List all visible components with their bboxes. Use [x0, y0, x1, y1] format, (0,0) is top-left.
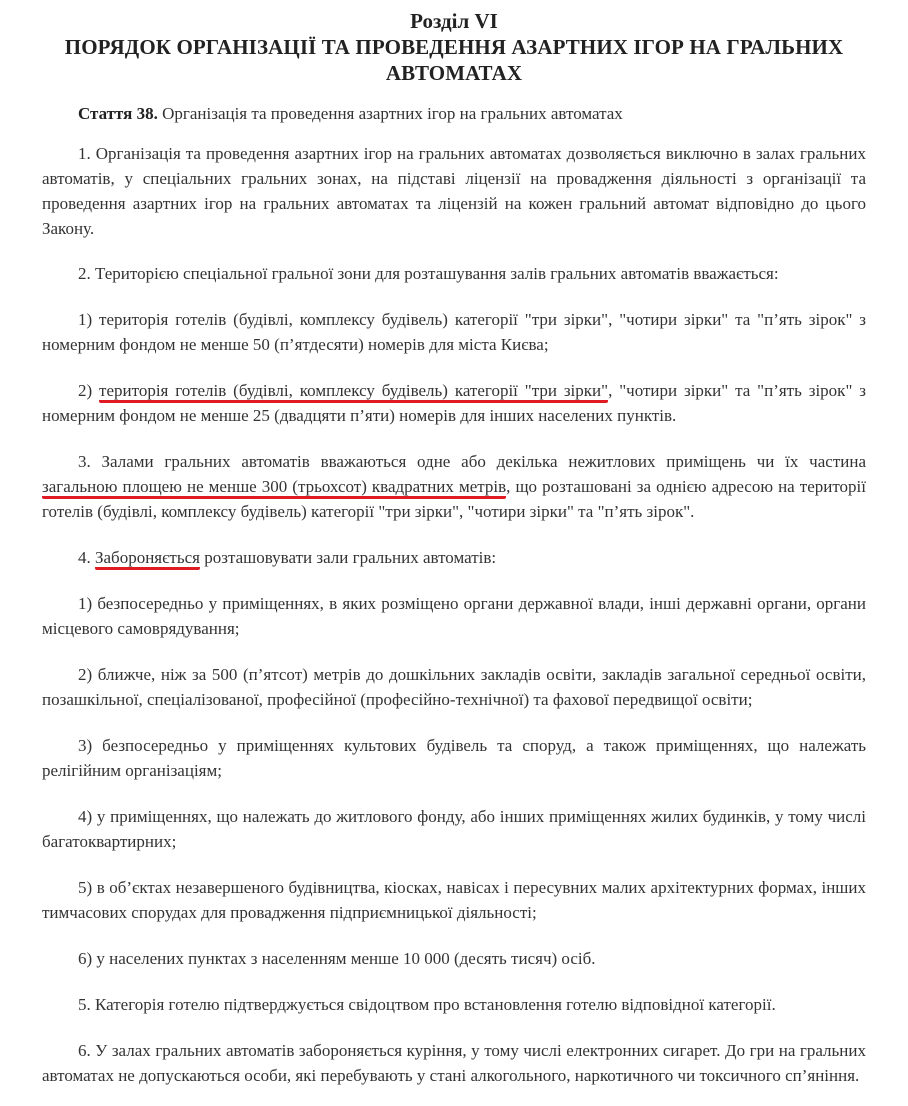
section-number: Розділ VI	[42, 8, 866, 34]
paragraph-4-item-1: 1) безпосередньо у приміщеннях, в яких р…	[42, 591, 866, 641]
paragraph-1: 1. Організація та проведення азартних іг…	[42, 141, 866, 241]
article-heading: Стаття 38. Організація та проведення аза…	[42, 101, 866, 126]
section-heading: Розділ VI ПОРЯДОК ОРГАНІЗАЦІЇ ТА ПРОВЕДЕ…	[42, 8, 866, 86]
article-title: Організація та проведення азартних ігор …	[162, 104, 623, 123]
paragraph-5: 5. Категорія готелю підтверджується свід…	[42, 992, 866, 1017]
paragraph-4-item-5: 5) в об’єктах незавершеного будівництва,…	[42, 875, 866, 925]
paragraph-2-item-1: 1) територія готелів (будівлі, комплексу…	[42, 307, 866, 357]
red-underline-highlight: загальною площею не менше 300 (трьохсот)…	[42, 477, 506, 499]
paragraph-3: 3. Залами гральних автоматів вважаються …	[42, 449, 866, 524]
paragraph-4-item-6: 6) у населених пунктах з населенням менш…	[42, 946, 866, 971]
paragraph-2-item-2-prefix: 2)	[78, 381, 99, 400]
paragraph-2-item-2: 2) територія готелів (будівлі, комплексу…	[42, 378, 866, 428]
paragraph-4-item-4: 4) у приміщеннях, що належать до житлово…	[42, 804, 866, 854]
paragraph-4-suffix: розташовувати зали гральних автоматів:	[200, 548, 496, 567]
paragraph-6: 6. У залах гральних автоматів забороняєт…	[42, 1038, 866, 1088]
paragraph-4: 4. Забороняється розташовувати зали грал…	[42, 545, 866, 570]
paragraph-4-item-2: 2) ближче, ніж за 500 (п’ятсот) метрів д…	[42, 662, 866, 712]
paragraph-3-prefix: 3. Залами гральних автоматів вважаються …	[78, 452, 866, 471]
section-title: ПОРЯДОК ОРГАНІЗАЦІЇ ТА ПРОВЕДЕННЯ АЗАРТН…	[42, 34, 866, 86]
red-underline-highlight: Забороняється	[95, 548, 200, 570]
paragraph-2: 2. Територією спеціальної гральної зони …	[42, 261, 866, 286]
law-document: Розділ VI ПОРЯДОК ОРГАНІЗАЦІЇ ТА ПРОВЕДЕ…	[42, 8, 866, 1088]
red-underline-highlight: територія готелів (будівлі, комплексу бу…	[99, 381, 608, 403]
paragraph-4-item-3: 3) безпосередньо у приміщеннях культових…	[42, 733, 866, 783]
paragraph-4-prefix: 4.	[78, 548, 95, 567]
article-label: Стаття 38.	[78, 104, 158, 123]
